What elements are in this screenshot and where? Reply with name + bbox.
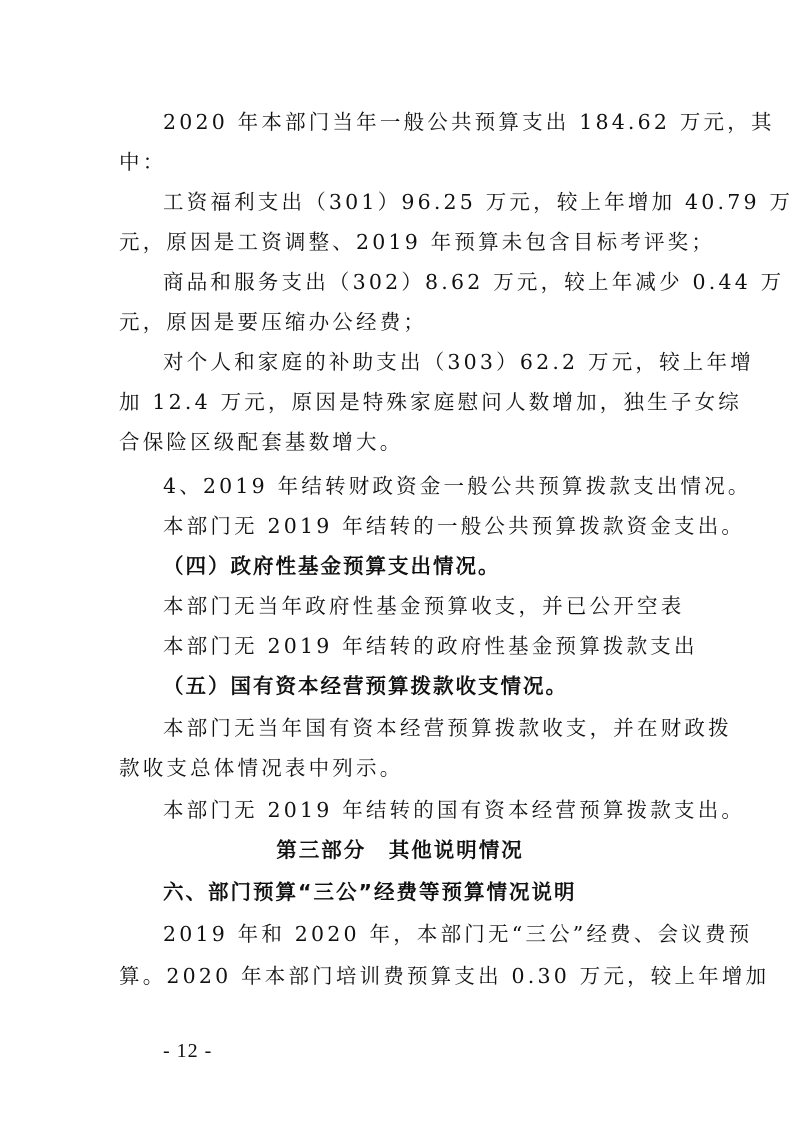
paragraph-line: 款收支总体情况表中列示。 bbox=[119, 748, 403, 788]
paragraph-line: 合保险区级配套基数增大。 bbox=[119, 422, 403, 462]
paragraph-line: 中： bbox=[119, 142, 166, 182]
section-heading: （四）政府性基金预算支出情况。 bbox=[163, 546, 501, 586]
paragraph-line: 2019 年和 2020 年，本部门无“三公”经费、会议费预 bbox=[163, 914, 752, 954]
paragraph-line: 工资福利支出（301）96.25 万元，较上年增加 40.79 万 bbox=[163, 182, 793, 222]
paragraph-line: 2020 年本部门当年一般公共预算支出 184.62 万元，其 bbox=[163, 102, 775, 142]
paragraph-line: 元，原因是工资调整、2019 年预算未包含目标考评奖； bbox=[119, 222, 715, 262]
section-heading: （五）国有资本经营预算拨款收支情况。 bbox=[163, 666, 568, 706]
part-heading: 第三部分 其他说明情况 bbox=[119, 830, 681, 870]
paragraph-line: 加 12.4 万元，原因是特殊家庭慰问人数增加，独生子女综 bbox=[119, 382, 742, 422]
paragraph-line: 算。2020 年本部门培训费预算支出 0.30 万元，较上年增加 bbox=[119, 956, 769, 996]
paragraph-line: 本部门无 2019 年结转的国有资本经营预算拨款支出。 bbox=[163, 790, 745, 830]
paragraph-line: 本部门无当年国有资本经营预算拨款收支，并在财政拨 bbox=[163, 708, 732, 748]
section-heading: 六、部门预算“三公”经费等预算情况说明 bbox=[163, 872, 576, 912]
paragraph-line: 本部门无当年政府性基金预算收支，并已公开空表 bbox=[163, 586, 684, 626]
paragraph-line: 对个人和家庭的补助支出（303）62.2 万元，较上年增 bbox=[163, 342, 754, 382]
page-number: - 12 - bbox=[163, 1040, 212, 1063]
paragraph-line: 本部门无 2019 年结转的一般公共预算拨款资金支出。 bbox=[163, 506, 745, 546]
paragraph-line: 4、2019 年结转财政资金一般公共预算拨款支出情况。 bbox=[163, 466, 752, 506]
paragraph-line: 本部门无 2019 年结转的政府性基金预算拨款支出 bbox=[163, 626, 698, 666]
paragraph-line: 元，原因是要压缩办公经费； bbox=[119, 302, 427, 342]
paragraph-line: 商品和服务支出（302）8.62 万元，较上年减少 0.44 万 bbox=[163, 262, 784, 302]
